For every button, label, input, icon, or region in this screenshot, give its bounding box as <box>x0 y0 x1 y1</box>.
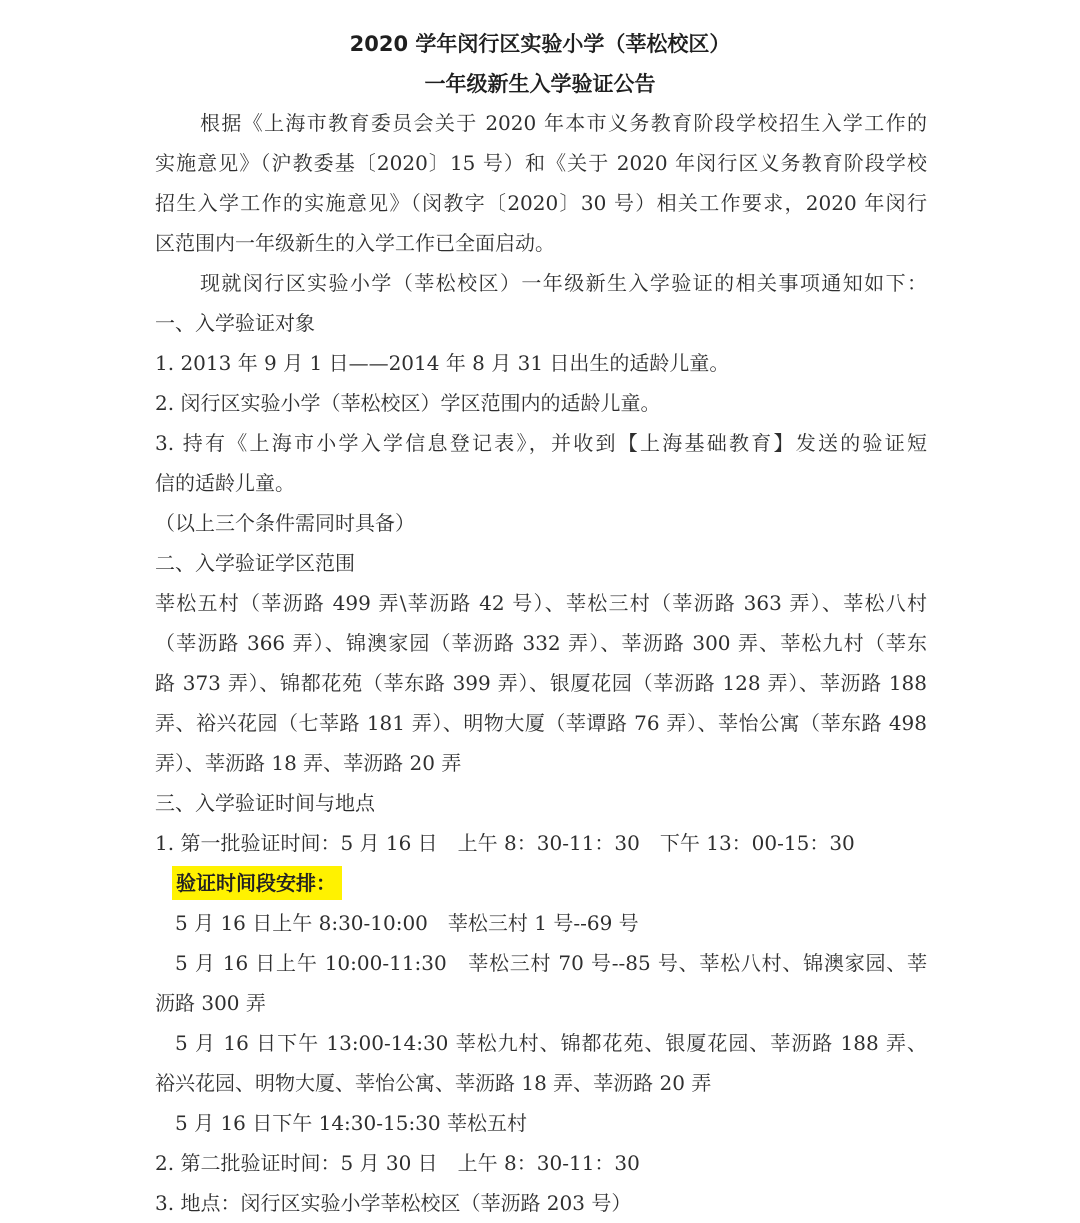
intro-line: 招生入学工作的实施意见》（闵教字〔2020〕30 号）相关工作要求，2020 年… <box>155 188 927 218</box>
section1-item: 3. 持有《上海市小学入学信息登记表》，并收到【上海基础教育】发送的验证短 <box>155 428 927 458</box>
document-title-line2: 一年级新生入学验证公告 <box>0 69 1080 99</box>
intro-line: 根据《上海市教育委员会关于 2020 年本市义务教育阶段学校招生入学工作的 <box>200 108 927 138</box>
schedule-label-highlight: 验证时间段安排： <box>172 866 342 900</box>
intro-line: 区范围内一年级新生的入学工作已全面启动。 <box>155 228 927 258</box>
document-page: 2020 学年闵行区实验小学（莘松校区） 一年级新生入学验证公告 根据《上海市教… <box>0 0 1080 1223</box>
section3-heading: 三、入学验证时间与地点 <box>155 788 927 818</box>
section1-item: 1. 2013 年 9 月 1 日——2014 年 8 月 31 日出生的适龄儿… <box>155 348 927 378</box>
district-line: （莘沥路 366 弄）、锦澳家园（莘沥路 332 弄）、莘沥路 300 弄、莘松… <box>155 628 927 658</box>
section1-note: （以上三个条件需同时具备） <box>155 508 927 538</box>
section2-heading: 二、入学验证学区范围 <box>155 548 927 578</box>
schedule-line: 裕兴花园、明物大厦、莘怡公寓、莘沥路 18 弄、莘沥路 20 弄 <box>155 1068 927 1098</box>
batch2-time: 2. 第二批验证时间：5 月 30 日 上午 8：30-11：30 <box>155 1148 927 1178</box>
schedule-line: 5 月 16 日下午 14:30-15:30 莘松五村 <box>175 1108 947 1138</box>
batch1-time: 1. 第一批验证时间：5 月 16 日 上午 8：30-11：30 下午 13：… <box>155 828 927 858</box>
district-line: 路 373 弄）、锦都花苑（莘东路 399 弄）、银厦花园（莘沥路 128 弄）… <box>155 668 927 698</box>
section1-heading: 一、入学验证对象 <box>155 308 927 338</box>
district-line: 弄）、莘沥路 18 弄、莘沥路 20 弄 <box>155 748 927 778</box>
verification-location: 3. 地点：闵行区实验小学莘松校区（莘沥路 203 号） <box>155 1188 927 1218</box>
schedule-label-wrap: 验证时间段安排： <box>172 866 944 900</box>
intro-line: 实施意见》（沪教委基〔2020〕15 号）和《关于 2020 年闵行区义务教育阶… <box>155 148 927 178</box>
intro-notice: 现就闵行区实验小学（莘松校区）一年级新生入学验证的相关事项通知如下： <box>200 268 927 298</box>
district-line: 莘松五村（莘沥路 499 弄\莘沥路 42 号）、莘松三村（莘沥路 363 弄）… <box>155 588 927 618</box>
schedule-line: 5 月 16 日下午 13:00-14:30 莘松九村、锦都花苑、银厦花园、莘沥… <box>175 1028 927 1058</box>
schedule-line: 5 月 16 日上午 10:00-11:30 莘松三村 70 号--85 号、莘… <box>175 948 927 978</box>
district-line: 弄、裕兴花园（七莘路 181 弄）、明物大厦（莘谭路 76 弄）、莘怡公寓（莘东… <box>155 708 927 738</box>
section1-item: 2. 闵行区实验小学（莘松校区）学区范围内的适龄儿童。 <box>155 388 927 418</box>
schedule-line: 5 月 16 日上午 8:30-10:00 莘松三村 1 号--69 号 <box>175 908 947 938</box>
schedule-line: 沥路 300 弄 <box>155 988 927 1018</box>
section1-item: 信的适龄儿童。 <box>155 468 927 498</box>
document-title-line1: 2020 学年闵行区实验小学（莘松校区） <box>0 29 1080 59</box>
